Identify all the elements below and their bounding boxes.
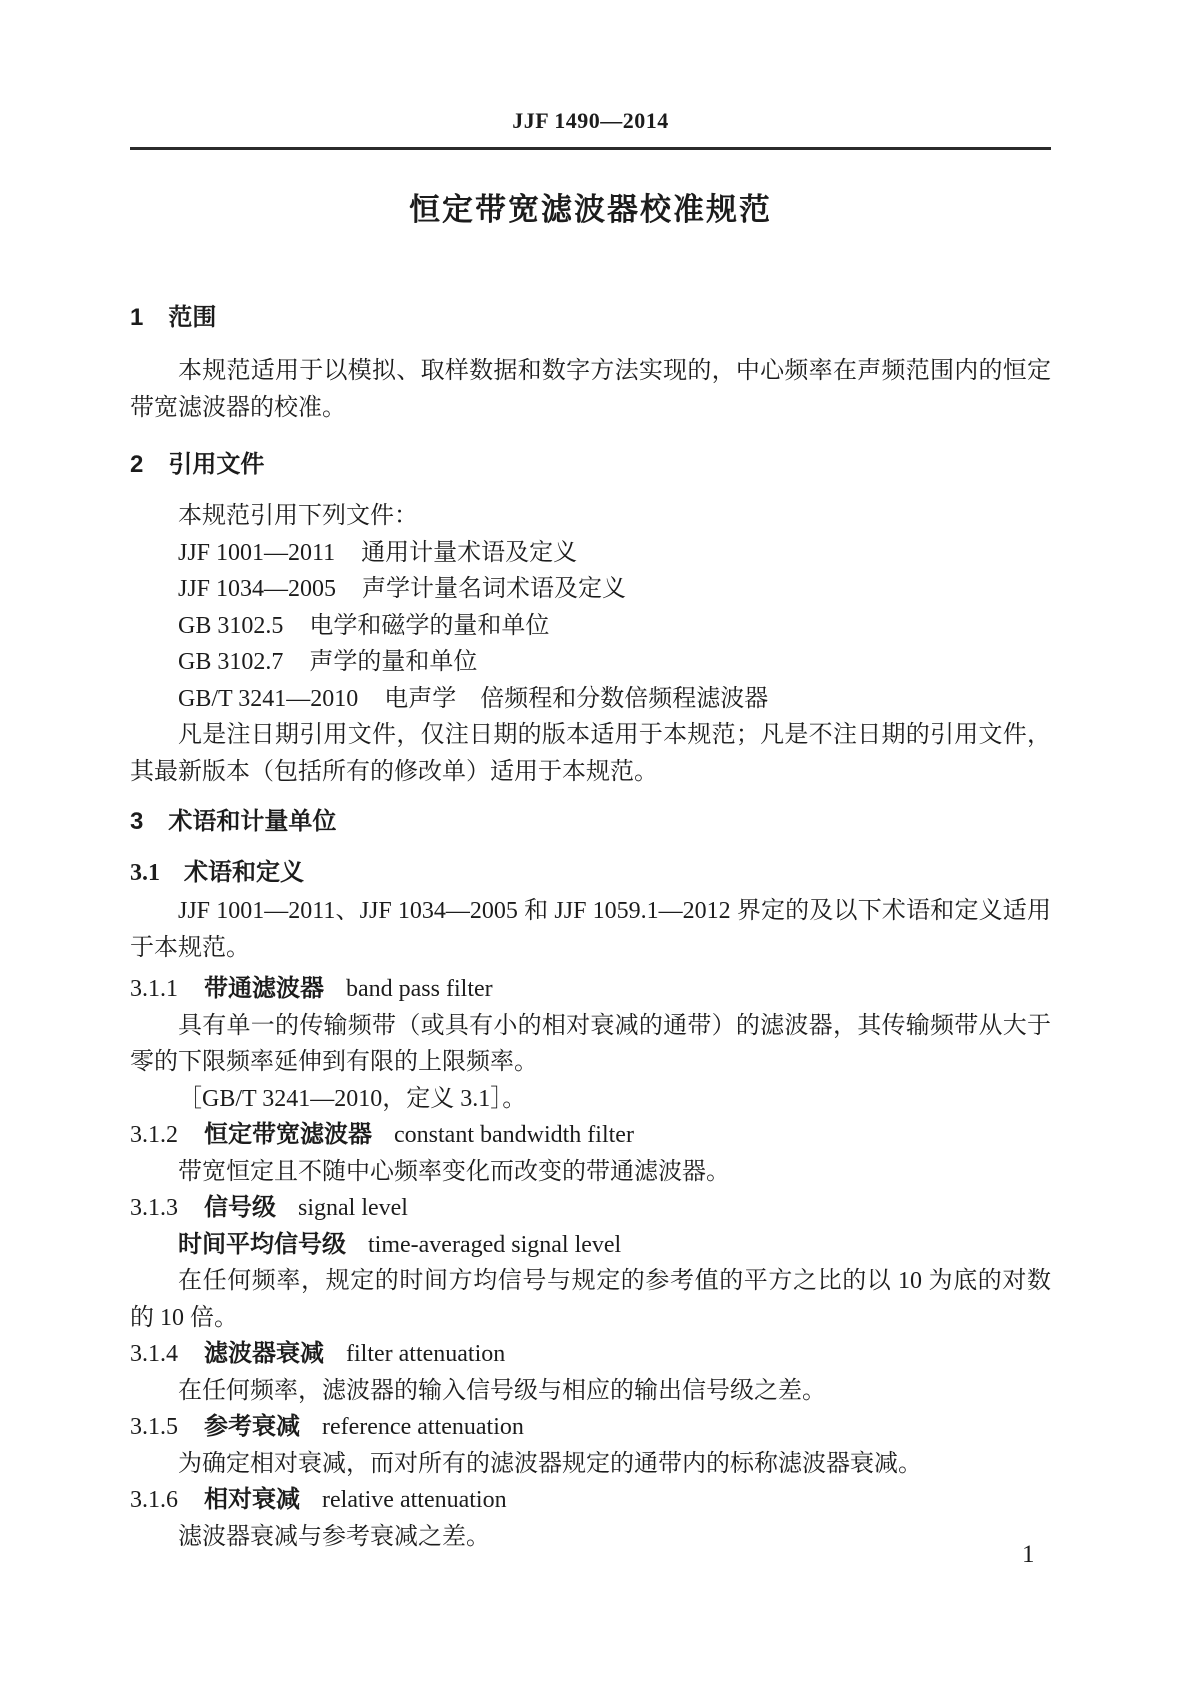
term-heading-3-1-1: 3.1.1带通滤波器band pass filter bbox=[130, 971, 1051, 1008]
term-definition: 在任何频率，规定的时间方均信号与规定的参考值的平方之比的以 10 为底的对数的 … bbox=[130, 1263, 1051, 1336]
section-1-heading: 1范围 bbox=[130, 302, 1051, 333]
term-number: 3.1.4 bbox=[130, 1341, 178, 1367]
reference-code: GB 3102.7 bbox=[178, 649, 283, 675]
section-2-heading: 2引用文件 bbox=[130, 449, 1051, 480]
term-number: 3.1.6 bbox=[130, 1487, 178, 1513]
standard-code: JJF 1490—2014 bbox=[512, 108, 669, 133]
term-name-cn: 信号级 bbox=[204, 1194, 276, 1221]
section-1-title: 范围 bbox=[168, 304, 216, 331]
term-heading-3-1-4: 3.1.4滤波器衰减filter attenuation bbox=[130, 1336, 1051, 1373]
reference-item: JJF 1034—2005声学计量名词术语及定义 bbox=[130, 571, 1051, 608]
reference-item: JJF 1001—2011通用计量术语及定义 bbox=[130, 535, 1051, 572]
term-name-cn: 滤波器衰减 bbox=[204, 1340, 324, 1367]
section-scope: 1范围 本规范适用于以模拟、取样数据和数字方法实现的，中心频率在声频范围内的恒定… bbox=[130, 302, 1051, 427]
document-page: JJF 1490—2014 恒定带宽滤波器校准规范 1范围 本规范适用于以模拟、… bbox=[0, 0, 1191, 1684]
section-3-1-title: 术语和定义 bbox=[184, 860, 304, 886]
term-heading-3-1-2: 3.1.2恒定带宽滤波器constant bandwidth filter bbox=[130, 1117, 1051, 1154]
section-2-number: 2 bbox=[130, 451, 143, 478]
section-3-1-heading: 3.1术语和定义 bbox=[130, 858, 1051, 888]
term-name-en: signal level bbox=[298, 1195, 408, 1221]
document-title: 恒定带宽滤波器校准规范 bbox=[130, 191, 1051, 229]
reference-title: 声学计量名词术语及定义 bbox=[362, 576, 626, 602]
section-terms: 3术语和计量单位 3.1术语和定义 JJF 1001—2011、JJF 1034… bbox=[130, 806, 1051, 1555]
section-references: 2引用文件 本规范引用下列文件： JJF 1001—2011通用计量术语及定义 … bbox=[130, 449, 1051, 790]
section-3-title: 术语和计量单位 bbox=[168, 808, 336, 835]
term-heading-3-1-3: 3.1.3信号级signal level bbox=[130, 1190, 1051, 1227]
section-2-title: 引用文件 bbox=[168, 451, 264, 478]
reference-code: JJF 1034—2005 bbox=[178, 576, 336, 602]
references-intro: 本规范引用下列文件： bbox=[130, 498, 1051, 535]
section-3-1-number: 3.1 bbox=[130, 860, 160, 886]
term-definition: 带宽恒定且不随中心频率变化而改变的带通滤波器。 bbox=[130, 1154, 1051, 1191]
term-heading-3-1-6: 3.1.6相对衰减relative attenuation bbox=[130, 1482, 1051, 1519]
scope-paragraph: 本规范适用于以模拟、取样数据和数字方法实现的，中心频率在声频范围内的恒定带宽滤波… bbox=[130, 353, 1051, 427]
term-alias-en: time-averaged signal level bbox=[368, 1232, 621, 1258]
terms-intro: JJF 1001—2011、JJF 1034—2005 和 JJF 1059.1… bbox=[130, 893, 1051, 966]
term-number: 3.1.2 bbox=[130, 1122, 178, 1148]
reference-title: 通用计量术语及定义 bbox=[361, 540, 577, 566]
reference-title: 电声学 倍频程和分数倍频程滤波器 bbox=[384, 686, 768, 712]
reference-item: GB 3102.7声学的量和单位 bbox=[130, 644, 1051, 681]
section-1-number: 1 bbox=[130, 304, 143, 331]
header-rule bbox=[130, 147, 1051, 150]
references-note: 凡是注日期引用文件，仅注日期的版本适用于本规范；凡是不注日期的引用文件，其最新版… bbox=[130, 717, 1051, 790]
term-name-en: filter attenuation bbox=[346, 1341, 505, 1367]
term-number: 3.1.1 bbox=[130, 976, 178, 1002]
term-name-en: relative attenuation bbox=[322, 1487, 507, 1513]
reference-item: GB 3102.5电学和磁学的量和单位 bbox=[130, 608, 1051, 645]
section-3-number: 3 bbox=[130, 808, 143, 835]
terms-list: 3.1.1带通滤波器band pass filter 具有单一的传输频带（或具有… bbox=[130, 971, 1051, 1555]
references-block: 本规范引用下列文件： JJF 1001—2011通用计量术语及定义 JJF 10… bbox=[130, 498, 1051, 790]
reference-title: 电学和磁学的量和单位 bbox=[309, 613, 549, 639]
term-alias-cn: 时间平均信号级 bbox=[178, 1231, 346, 1258]
term-name-en: constant bandwidth filter bbox=[394, 1122, 634, 1148]
term-name-cn: 带通滤波器 bbox=[204, 975, 324, 1002]
term-number: 3.1.3 bbox=[130, 1195, 178, 1221]
term-name-cn: 相对衰减 bbox=[204, 1486, 300, 1513]
term-heading-3-1-5: 3.1.5参考衰减reference attenuation bbox=[130, 1409, 1051, 1446]
term-name-cn: 参考衰减 bbox=[204, 1413, 300, 1440]
reference-code: GB 3102.5 bbox=[178, 613, 283, 639]
term-alias: 时间平均信号级time-averaged signal level bbox=[130, 1227, 1051, 1264]
reference-item: GB/T 3241—2010电声学 倍频程和分数倍频程滤波器 bbox=[130, 681, 1051, 718]
page-number: 1 bbox=[1022, 1540, 1035, 1570]
section-3-heading: 3术语和计量单位 bbox=[130, 806, 1051, 837]
term-definition: 滤波器衰减与参考衰减之差。 bbox=[130, 1519, 1051, 1556]
term-number: 3.1.5 bbox=[130, 1414, 178, 1440]
reference-title: 声学的量和单位 bbox=[309, 649, 477, 675]
term-definition: 具有单一的传输频带（或具有小的相对衰减的通带）的滤波器，其传输频带从大于零的下限… bbox=[130, 1008, 1051, 1081]
term-definition: 为确定相对衰减，而对所有的滤波器规定的通带内的标称滤波器衰减。 bbox=[130, 1446, 1051, 1483]
term-name-en: band pass filter bbox=[346, 976, 493, 1002]
reference-code: JJF 1001—2011 bbox=[178, 540, 335, 566]
term-source: ［GB/T 3241—2010，定义 3.1］。 bbox=[130, 1081, 1051, 1118]
term-name-en: reference attenuation bbox=[322, 1414, 524, 1440]
running-header: JJF 1490—2014 bbox=[130, 108, 1051, 134]
term-name-cn: 恒定带宽滤波器 bbox=[204, 1121, 372, 1148]
reference-code: GB/T 3241—2010 bbox=[178, 686, 358, 712]
term-definition: 在任何频率，滤波器的输入信号级与相应的输出信号级之差。 bbox=[130, 1373, 1051, 1410]
